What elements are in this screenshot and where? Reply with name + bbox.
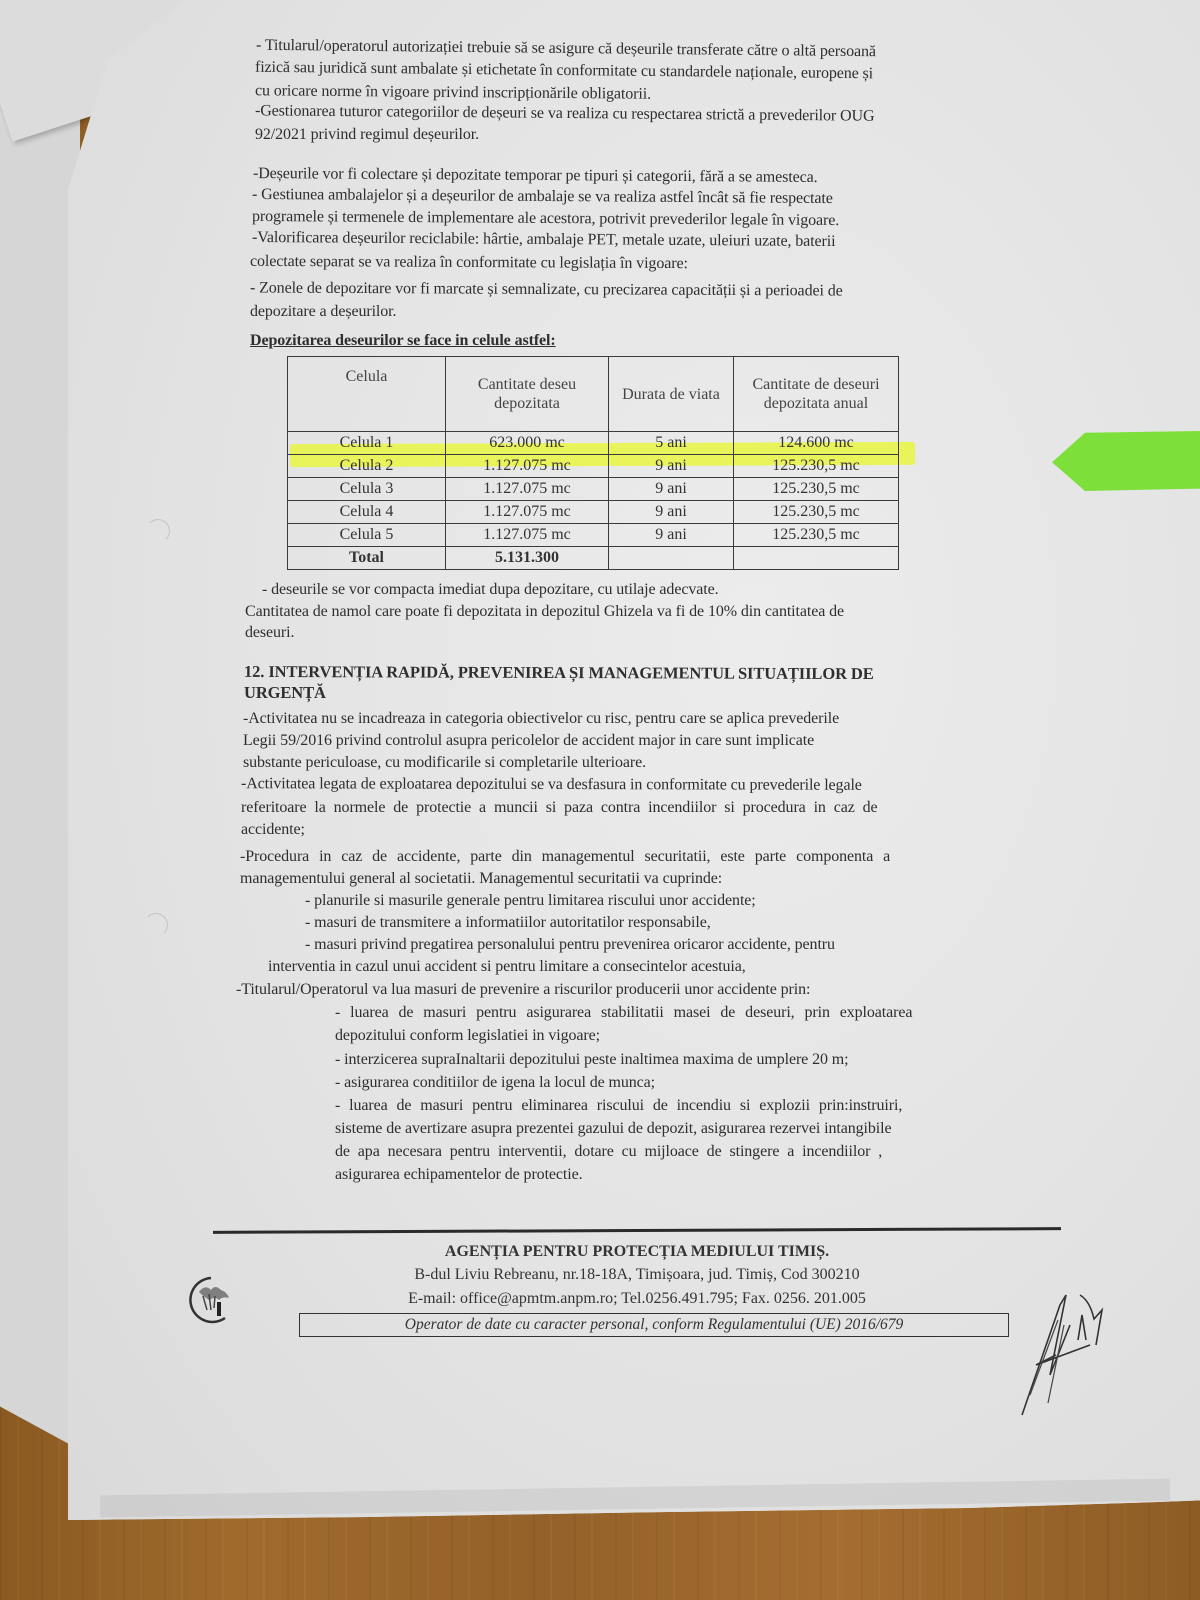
- text-line: -Titularul/Operatorul va lua masuri de p…: [236, 980, 810, 1000]
- text-line: referitoare la normele de protectie a mu…: [241, 798, 878, 818]
- total-cell: Total: [288, 547, 446, 570]
- list-item: - interzicerea supraInaltarii depozitulu…: [335, 1050, 848, 1070]
- column-header: Cantitate de deseuri depozitata anual: [734, 357, 899, 432]
- section-heading: URGENȚĂ: [244, 683, 326, 703]
- table-row: Celula 31.127.075 mc9 ani125.230,5 mc: [288, 478, 899, 501]
- total-cell: 5.131.300: [446, 547, 609, 570]
- text-line: - Zonele de depozitare vor fi marcate și…: [250, 278, 843, 301]
- table-cell: 9 ani: [609, 478, 734, 501]
- table-cell: Celula 3: [288, 478, 446, 501]
- text-line: substante periculoase, cu modificarile s…: [243, 753, 646, 773]
- text-line: - deseurile se vor compacta imediat dupa…: [262, 580, 718, 600]
- table-cell: Celula 5: [288, 524, 446, 547]
- text-line: Cantitatea de namol care poate fi depozi…: [245, 602, 844, 622]
- column-header: Cantitate deseu depozitata: [446, 357, 609, 432]
- table-cell: 1.127.075 mc: [446, 501, 609, 524]
- column-header: Celula: [288, 357, 446, 432]
- text-line: -Procedura in caz de accidente, parte di…: [240, 847, 890, 867]
- table-cell: 9 ani: [609, 455, 734, 478]
- total-cell: [609, 547, 734, 570]
- list-item: asigurarea echipamentelor de protectie.: [335, 1165, 583, 1185]
- text-line: depozitare a deșeurilor.: [250, 302, 396, 322]
- table-total-row: Total5.131.300: [288, 547, 899, 570]
- table-row: Celula 51.127.075 mc9 ani125.230,5 mc: [288, 524, 899, 547]
- table-cell: 5 ani: [609, 432, 734, 455]
- list-item: depozitului conform legislatiei in vigoa…: [335, 1026, 600, 1046]
- apm-logo-icon: [181, 1272, 237, 1328]
- table-cell: 1.127.075 mc: [446, 524, 609, 547]
- table-cell: 124.600 mc: [734, 432, 899, 455]
- table-cell: 125.230,5 mc: [734, 478, 899, 501]
- table-cell: 9 ani: [609, 501, 734, 524]
- handwritten-signature: [1020, 1285, 1130, 1420]
- waste-cells-table: Celula Cantitate deseu depozitata Durata…: [287, 356, 899, 570]
- text-line: colectate separat se va realiza în confo…: [250, 252, 688, 274]
- text-line: fizică sau juridică sunt ambalate și eti…: [255, 58, 873, 84]
- list-item: interventia in cazul unui accident si pe…: [268, 957, 746, 977]
- list-item: de apa necesara pentru interventii, dota…: [335, 1142, 882, 1162]
- agency-address: B-dul Liviu Rebreanu, nr.18-18A, Timișoa…: [213, 1266, 1061, 1284]
- text-line: - Gestiunea ambalajelor și a deșeurilor …: [252, 185, 833, 209]
- list-item: - masuri privind pregatirea personalului…: [305, 935, 835, 955]
- table-caption: Depozitarea deseurilor se face in celule…: [250, 331, 556, 351]
- table-cell: 1.127.075 mc: [446, 478, 609, 501]
- gdpr-notice: Operator de date cu caracter personal, c…: [299, 1313, 1009, 1337]
- list-item: - planurile si masurile generale pentru …: [305, 891, 756, 911]
- text-line: managementului general al societatii. Ma…: [240, 869, 722, 889]
- green-sticky-flag: [1052, 431, 1200, 491]
- text-line: -Deșeurile vor fi colectare și depozitat…: [253, 164, 818, 188]
- table-cell: 1.127.075 mc: [446, 455, 609, 478]
- list-item: - asigurarea conditiilor de igena la loc…: [335, 1073, 655, 1093]
- agency-contact: E-mail: office@apmtm.anpm.ro; Tel.0256.4…: [213, 1290, 1061, 1308]
- list-item: - masuri de transmitere a informatiilor …: [305, 913, 711, 933]
- footer-divider: [213, 1227, 1061, 1234]
- punch-hole: [146, 519, 170, 543]
- total-cell: [734, 547, 899, 570]
- table-cell: 125.230,5 mc: [734, 524, 899, 547]
- text-line: 92/2021 privind regimul deșeurilor.: [255, 125, 479, 145]
- table-cell: Celula 2: [288, 455, 446, 478]
- text-line: -Gestionarea tuturor categoriilor de deș…: [255, 101, 875, 126]
- table-cell: 125.230,5 mc: [734, 501, 899, 524]
- table-row: Celula 21.127.075 mc9 ani125.230,5 mc: [288, 455, 899, 478]
- document-content: - Titularul/operatorul autorizației treb…: [0, 0, 1200, 1600]
- table-cell: Celula 1: [288, 432, 446, 455]
- table-cell: 9 ani: [609, 524, 734, 547]
- table-cell: 125.230,5 mc: [734, 455, 899, 478]
- text-line: -Activitatea nu se incadreaza in categor…: [243, 709, 839, 729]
- text-line: programele și termenele de implementare …: [252, 207, 839, 231]
- table-cell: 623.000 mc: [446, 432, 609, 455]
- text-line: Legii 59/2016 privind controlul asupra p…: [243, 731, 814, 751]
- list-item: - luarea de masuri pentru eliminarea ris…: [335, 1096, 902, 1116]
- table-row: Celula 41.127.075 mc9 ani125.230,5 mc: [288, 501, 899, 524]
- table-cell: Celula 4: [288, 501, 446, 524]
- text-line: -Valorificarea deșeurilor reciclabile: h…: [252, 228, 836, 252]
- text-line: accidente;: [241, 820, 305, 840]
- table-header-row: Celula Cantitate deseu depozitata Durata…: [288, 357, 899, 432]
- punch-hole: [144, 913, 168, 937]
- list-item: - luarea de masuri pentru asigurarea sta…: [335, 1003, 912, 1023]
- column-header: Durata de viata: [609, 357, 734, 432]
- list-item: sisteme de avertizare asupra prezentei g…: [335, 1119, 892, 1139]
- text-line: deseuri.: [245, 623, 294, 643]
- agency-name: AGENȚIA PENTRU PROTECȚIA MEDIULUI TIMIȘ.: [213, 1243, 1061, 1261]
- section-heading: 12. INTERVENȚIA RAPIDĂ, PREVENIREA ȘI MA…: [244, 662, 874, 684]
- table-row: Celula 1623.000 mc5 ani124.600 mc: [288, 432, 899, 455]
- text-line: -Activitatea legata de exploatarea depoz…: [241, 774, 862, 796]
